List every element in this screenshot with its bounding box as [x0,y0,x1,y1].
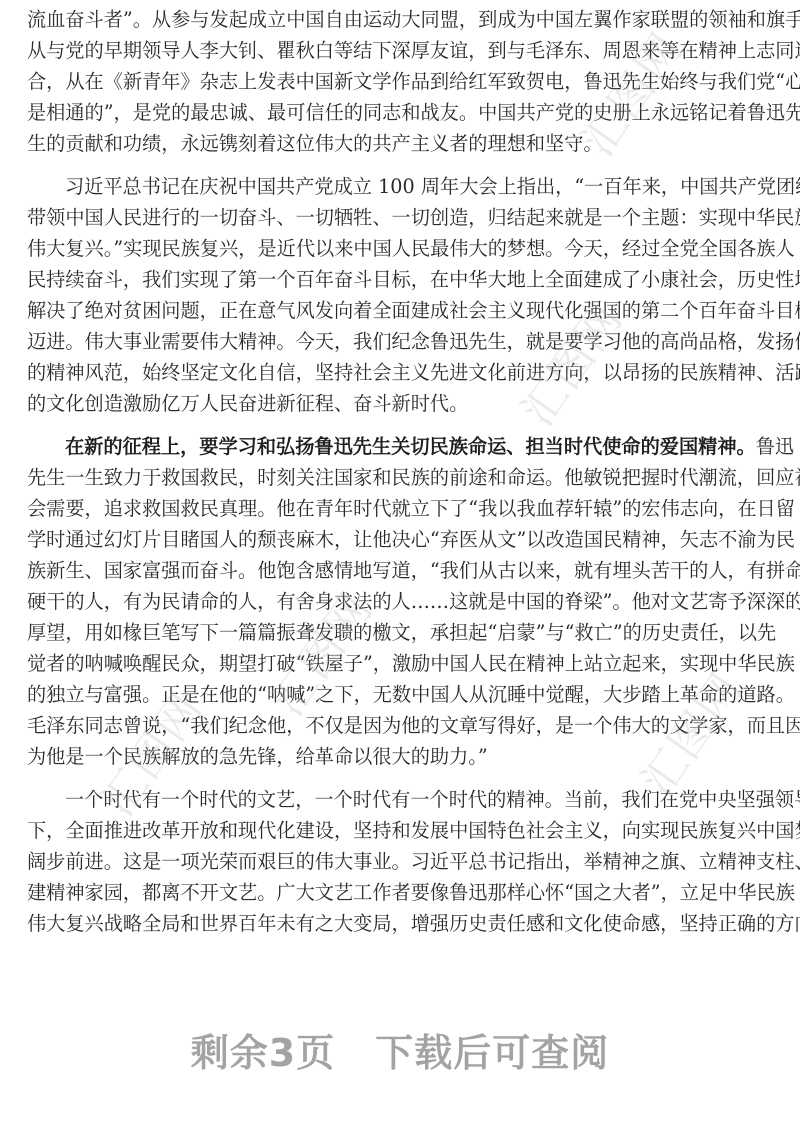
text-line: 民持续奋斗，我们实现了第一个百年奋斗目标，在中华大地上全面建成了小康社会，历史性… [27,265,772,295]
text-line: 伟大复兴战略全局和世界百年未有之大变局，增强历史责任感和文化使命感，坚持正确的方… [27,909,772,939]
download-to-view-label: 下载后可查阅 [375,1031,609,1075]
text-line: 习近平总书记在庆祝中国共产党成立 100 周年大会上指出，“一百年来，中国共产党… [65,172,772,202]
bold-lead-sentence: 在新的征程上，要学习和弘扬鲁迅先生关切民族命运、担当时代使命的爱国精神。 [65,435,756,458]
text-line: 学时通过幻灯片目睹国人的颓丧麻木，让他决心“弃医从文”以改造国民精神，矢志不渝为… [27,525,772,555]
text-line: 伟大复兴。”实现民族复兴，是近代以来中国人民最伟大的梦想。今天，经过全党全国各族… [27,234,772,264]
text-line: 合，从在《新青年》杂志上发表中国新文学作品到给红军致贺电，鲁迅先生始终与我们党“… [27,67,772,97]
text-line: 先生一生致力于救国救民，时刻关注国家和民族的前途和命运。他敏锐把握时代潮流，回应… [27,463,772,493]
text-line: 是相通的”，是党的最忠诚、最可信任的同志和战友。中国共产党的史册上永远铭记着鲁迅… [27,98,772,128]
text-line: 族新生、国家富强而奋斗。他饱含感情地写道，“我们从古以来，就有埋头苦干的人，有拼… [27,556,772,586]
text-line: 阔步前进。这是一项光荣而艰巨的伟大事业。习近平总书记指出，举精神之旗、立精神支柱… [27,847,772,877]
text-line: 解决了绝对贫困问题，正在意气风发向着全面建成社会主义现代化强国的第二个百年奋斗目… [27,296,772,326]
text-line: 流血奋斗者”。从参与发起成立中国自由运动大同盟，到成为中国左翼作家联盟的领袖和旗… [27,5,772,35]
text-line: 为他是一个民族解放的急先锋，给革命以很大的助力。” [27,742,772,772]
text-line: 带领中国人民进行的一切奋斗、一切牺牲、一切创造，归结起来就是一个主题：实现中华民… [27,203,772,233]
preview-remaining-notice[interactable]: 剩余3页下载后可查阅 [0,1022,800,1077]
text-line: 从与党的早期领导人李大钊、瞿秋白等结下深厚友谊，到与毛泽东、周恩来等在精神上志同… [27,36,772,66]
text-line: 的精神风范，始终坚定文化自信，坚持社会主义先进文化前进方向，以昂扬的民族精神、活… [27,358,772,388]
remaining-pages-label: 剩余3页 [191,1031,335,1075]
text-line: 厚望，用如椽巨笔写下一篇篇振聋发聩的檄文，承担起“启蒙”与“救亡”的历史责任，以… [27,618,772,648]
text-line: 觉者的呐喊唤醒民众，期望打破“铁屋子”，激励中国人民在精神上站立起来，实现中华民… [27,649,772,679]
text-line: 一个时代有一个时代的文艺，一个时代有一个时代的精神。当前，我们在党中央坚强领导 [65,785,772,815]
text-line: 在新的征程上，要学习和弘扬鲁迅先生关切民族命运、担当时代使命的爱国精神。鲁迅 [65,432,772,462]
text-line: 会需要，追求救国救民真理。他在青年时代就立下了“我以我血荐轩辕”的宏伟志向，在日… [27,494,772,524]
text-line: 的独立与富强。正是在他的“呐喊”之下，无数中国人从沉睡中觉醒，大步踏上革命的道路… [27,680,772,710]
text-line: 生的贡献和功绩，永远镌刻着这位伟大的共产主义者的理想和坚守。 [27,129,772,159]
text-line: 下，全面推进改革开放和现代化建设，坚持和发展中国特色社会主义，向实现民族复兴中国… [27,816,772,846]
text-line: 迈进。伟大事业需要伟大精神。今天，我们纪念鲁迅先生，就是要学习他的高尚品格，发扬… [27,327,772,357]
text-line: 的文化创造激励亿万人民奋进新征程、奋斗新时代。 [27,389,772,419]
text-line: 硬干的人，有为民请命的人，有舍身求法的人……这就是中国的脊梁”。他对文艺寄予深深… [27,587,772,617]
text-run: 鲁迅 [756,435,794,458]
text-line: 毛泽东同志曾说，“我们纪念他，不仅是因为他的文章写得好，是一个伟大的文学家，而且… [27,711,772,741]
text-line: 建精神家园，都离不开文艺。广大文艺工作者要像鲁迅那样心怀“国之大者”，立足中华民… [27,878,772,908]
